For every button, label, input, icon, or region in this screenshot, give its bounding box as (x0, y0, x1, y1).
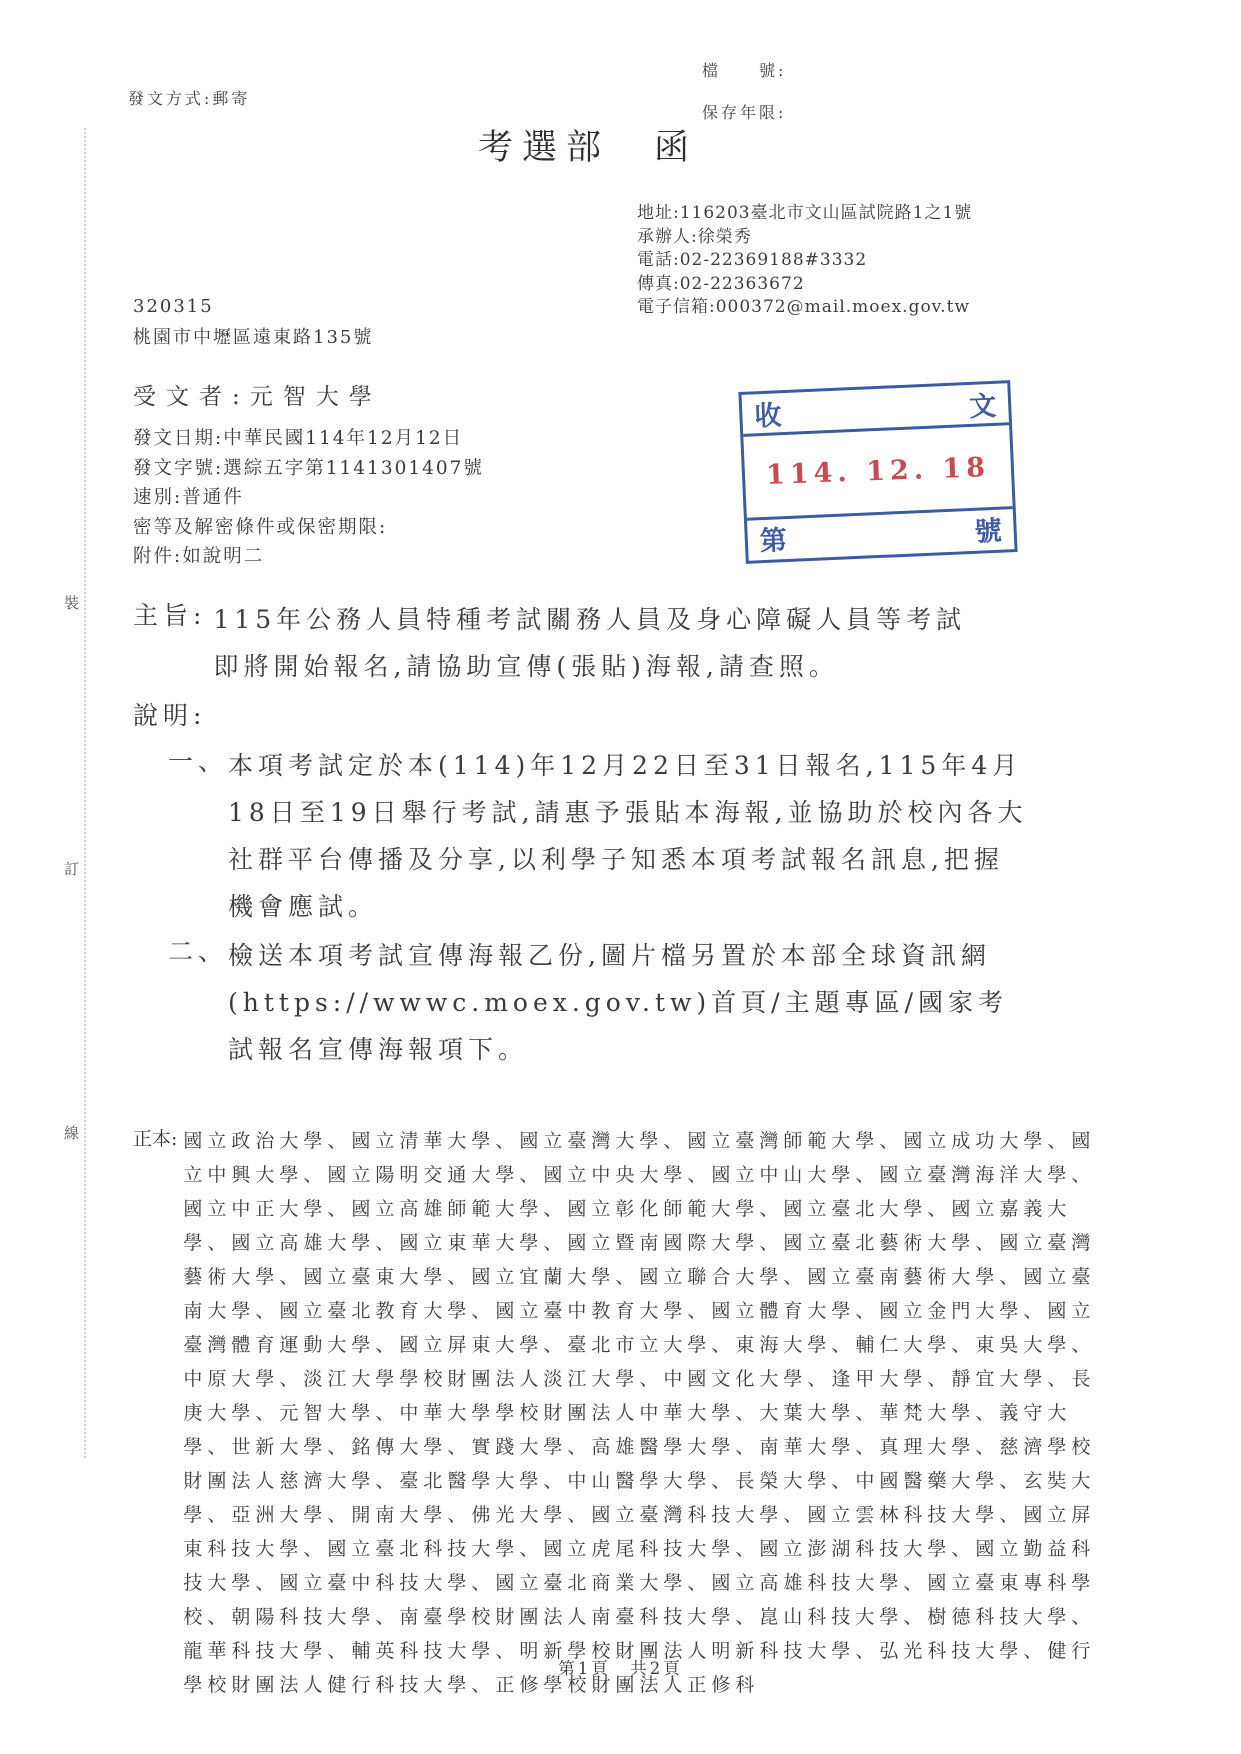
delivery-method: 發文方式:郵寄 (128, 86, 250, 109)
stamp-received-char: 收 (753, 393, 782, 433)
speed-class: 速別:普通件 (133, 483, 484, 513)
sender-email: 電子信箱:000372@mail.moex.gov.tw (637, 296, 972, 320)
stamp-date-row: 114. 12. 18 (743, 425, 1012, 518)
item-1-text: 本項考試定於本(114)年12月22日至31日報名,115年4月18日至19日舉… (228, 742, 1028, 930)
explanation-label: 說明: (133, 696, 206, 732)
document-meta-block: 發文日期:中華民國114年12月12日 發文字號:選綜五字第1141301407… (133, 424, 484, 572)
item-1-number: 一、 (168, 742, 228, 778)
binding-dotted-line (84, 128, 86, 1458)
stamp-document-char: 文 (968, 384, 997, 424)
stamp-date: 114. 12. 18 (765, 452, 990, 491)
document-number: 發文字號:選綜五字第1141301407號 (133, 454, 484, 484)
binding-mark-ding: 訂 (64, 858, 79, 879)
binding-mark-xian: 線 (64, 1122, 79, 1143)
page-footer: 第1頁 共2頁 (0, 1655, 1241, 1679)
stamp-number-prefix-char: 第 (759, 518, 788, 558)
explanation-item-1: 一、 本項考試定於本(114)年12月22日至31日報名,115年4月18日至1… (168, 742, 1028, 930)
sender-contact-block: 地址:116203臺北市文山區試院路1之1號 承辦人:徐榮秀 電話:02-223… (637, 202, 972, 320)
subject-text: 115年公務人員特種考試關務人員及身心障礙人員等考試即將開始報名,請協助宣傳(張… (213, 596, 970, 690)
distribution-block: 正本: 國立政治大學、國立清華大學、國立臺灣大學、國立臺灣師範大學、國立成功大學… (133, 1124, 1117, 1702)
binding-mark-zhuang: 裝 (64, 592, 79, 613)
recipient-postal-code: 320315 (133, 296, 214, 317)
sender-contact-person: 承辦人:徐榮秀 (637, 226, 972, 250)
subject-block: 主旨: 115年公務人員特種考試關務人員及身心障礙人員等考試即將開始報名,請協助… (133, 596, 970, 690)
retention-label: 保存年限: (702, 100, 786, 123)
sender-address: 地址:116203臺北市文山區試院路1之1號 (637, 202, 972, 226)
attachment-note: 附件:如說明二 (133, 542, 484, 572)
received-stamp: 收 文 114. 12. 18 第 號 (738, 380, 1017, 564)
item-2-text: 檢送本項考試宣傳海報乙份,圖片檔另置於本部全球資訊網(https://wwwc.… (228, 932, 1028, 1073)
subject-label: 主旨: (133, 596, 206, 632)
file-number-label: 檔 號: (702, 58, 786, 81)
explanation-item-2: 二、 檢送本項考試宣傳海報乙份,圖片檔另置於本部全球資訊網(https://ww… (168, 932, 1028, 1073)
distribution-list: 國立政治大學、國立清華大學、國立臺灣大學、國立臺灣師範大學、國立成功大學、國立中… (183, 1124, 1117, 1702)
issue-date: 發文日期:中華民國114年12月12日 (133, 424, 484, 454)
item-2-number: 二、 (168, 932, 228, 968)
sender-fax: 傳真:02-22363672 (637, 273, 972, 297)
sender-phone: 電話:02-22369188#3332 (637, 249, 972, 273)
stamp-number-suffix-char: 號 (974, 509, 1003, 549)
recipient-address: 桃園市中壢區遠東路135號 (133, 323, 373, 349)
document-title: 考選部 函 (478, 120, 698, 170)
addressee-line: 受文者:元智大學 (133, 378, 382, 411)
distribution-label: 正本: (133, 1124, 177, 1151)
security-class: 密等及解密條件或保密期限: (133, 513, 484, 543)
